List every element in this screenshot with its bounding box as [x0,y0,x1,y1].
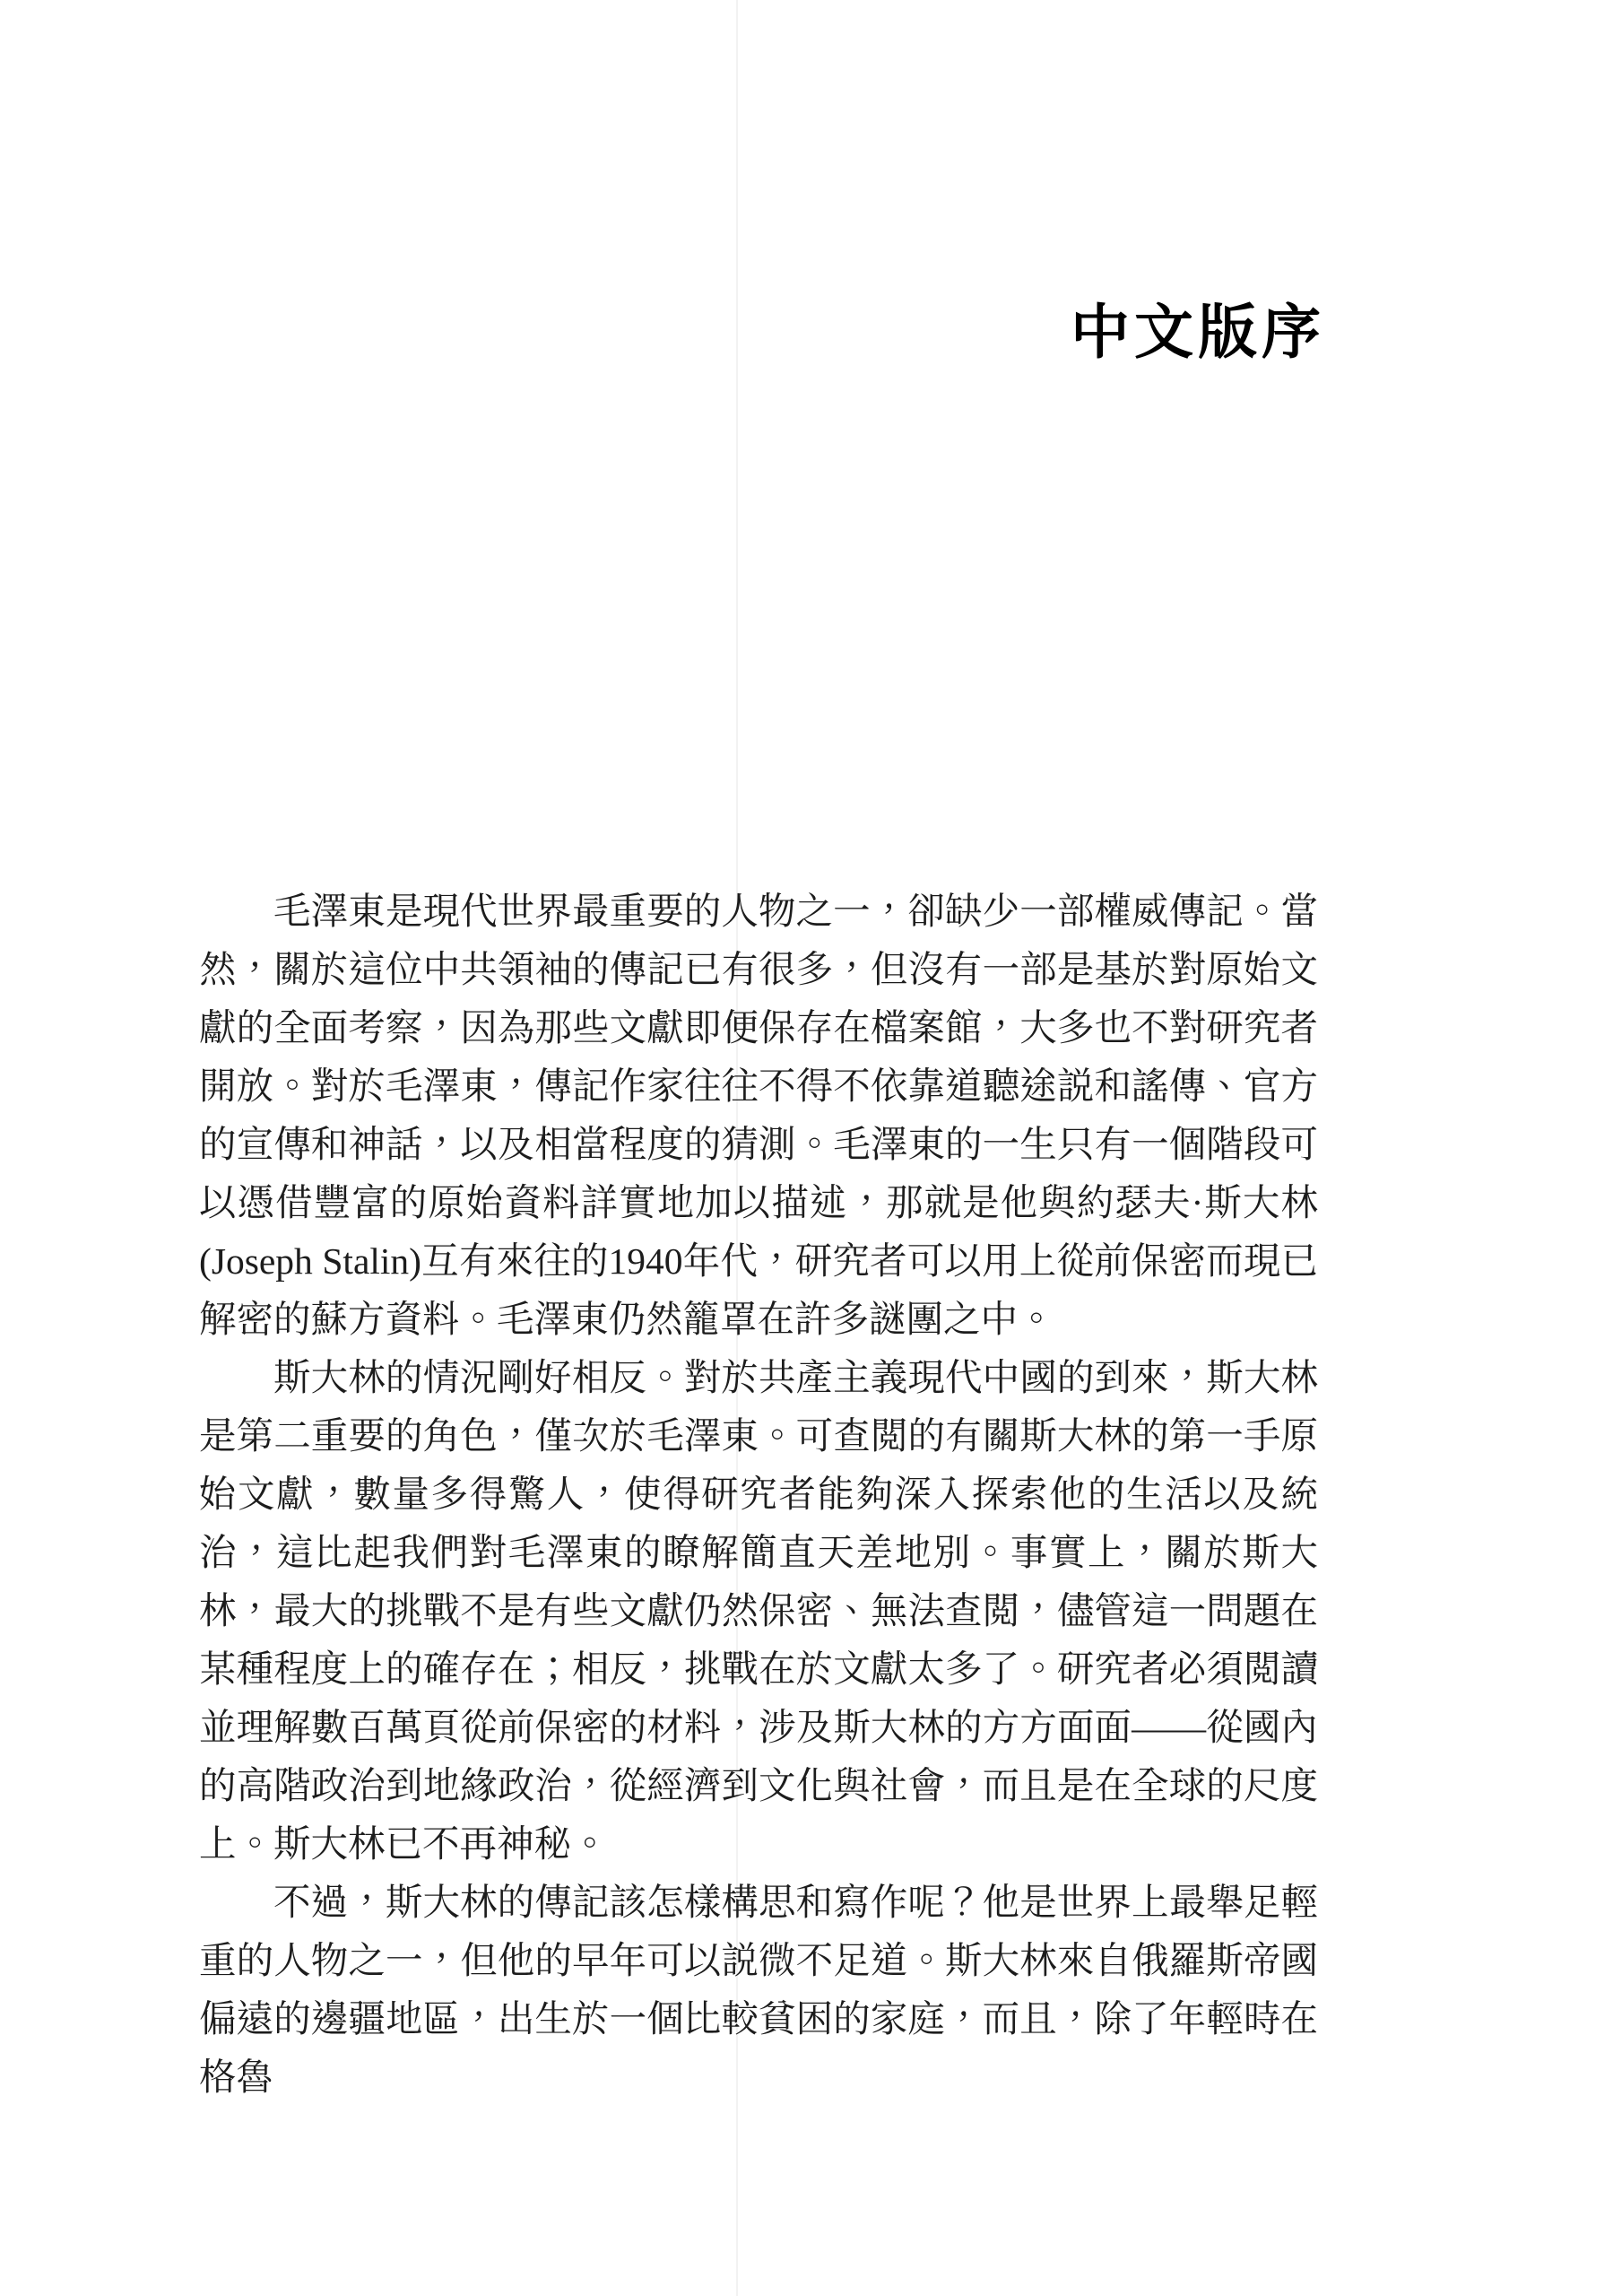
body-text: 毛澤東是現代世界最重要的人物之一，卻缺少一部權威傳記。當然，關於這位中共領袖的傳… [199,883,1318,2107]
body-paragraph-1: 毛澤東是現代世界最重要的人物之一，卻缺少一部權威傳記。當然，關於這位中共領袖的傳… [199,883,1318,1349]
body-paragraph-2: 斯大林的情況剛好相反。對於共產主義現代中國的到來，斯大林是第二重要的角色，僅次於… [199,1349,1318,1874]
chapter-title: 中文版序 [1071,300,1325,368]
book-page: 中文版序 毛澤東是現代世界最重要的人物之一，卻缺少一部權威傳記。當然，關於這位中… [0,0,1613,2296]
body-paragraph-3: 不過，斯大林的傳記該怎樣構思和寫作呢？他是世界上最舉足輕重的人物之一，但他的早年… [199,1874,1318,2107]
